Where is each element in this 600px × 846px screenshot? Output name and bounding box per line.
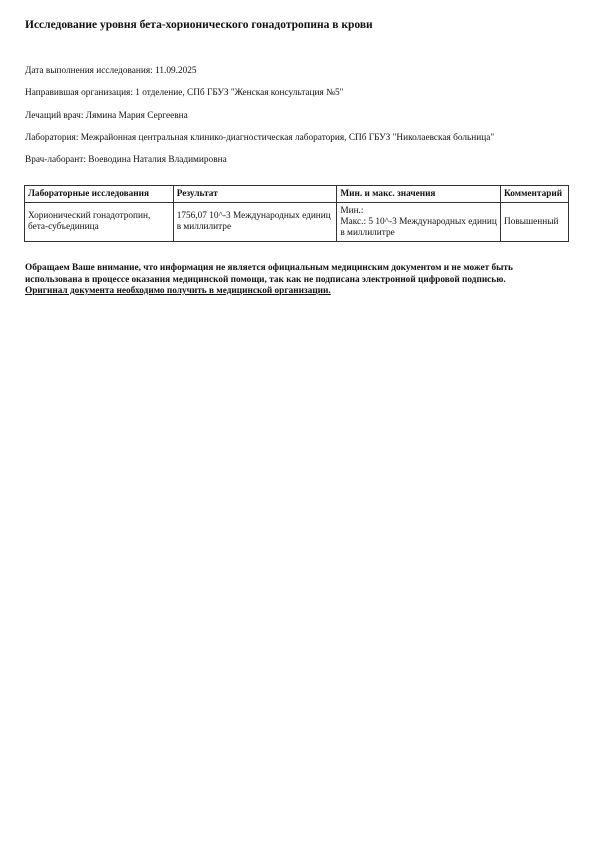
meta-lab-doctor-label: Врач-лаборант: (25, 155, 86, 165)
meta-lab-doctor-value: Воеводина Наталия Владимировна (88, 155, 226, 165)
meta-attending-doctor: Лечащий врач: Лямина Мария Сергеевна (25, 111, 188, 121)
meta-laboratory-label: Лаборатория: (25, 133, 78, 143)
header-lab-tests: Лабораторные исследования (25, 186, 174, 203)
header-min-max: Мин. и макс. значения (337, 186, 501, 203)
meta-date: Дата выполнения исследования: 11.09.2025 (25, 66, 197, 76)
meta-referring-organization-value: 1 отделение, СПб ГБУЗ "Женская консульта… (135, 88, 343, 98)
table-row: Хорионический гонадотропин, бета-субъеди… (25, 203, 569, 242)
meta-attending-doctor-label: Лечащий врач: (25, 111, 83, 121)
meta-referring-organization-label: Направившая организация: (25, 88, 133, 98)
results-table: Лабораторные исследования Результат Мин.… (24, 185, 569, 242)
document-title: Исследование уровня бета-хорионического … (25, 19, 373, 31)
meta-laboratory-value: Межрайонная центральная клинико-диагност… (81, 133, 494, 143)
meta-referring-organization: Направившая организация: 1 отделение, СП… (25, 88, 343, 98)
header-comment: Комментарий (501, 186, 569, 203)
meta-date-label: Дата выполнения исследования: (25, 66, 153, 76)
cell-result: 1756,07 10^-3 Международных единиц в мил… (173, 203, 337, 242)
header-result: Результат (173, 186, 337, 203)
disclaimer-text: Обращаем Ваше внимание, что информация н… (25, 263, 513, 285)
disclaimer-notice: Обращаем Ваше внимание, что информация н… (25, 263, 570, 298)
cell-test-name: Хорионический гонадотропин, бета-субъеди… (25, 203, 174, 242)
range-max: Макс.: 5 10^-3 Международных единиц в ми… (340, 217, 497, 239)
meta-laboratory: Лаборатория: Межрайонная центральная кли… (25, 133, 494, 143)
meta-date-value: 11.09.2025 (155, 66, 197, 76)
disclaimer-original-note: Оригинал документа необходимо получить в… (25, 286, 570, 298)
range-min: Мин.: (340, 206, 497, 217)
cell-comment: Повышенный (501, 203, 569, 242)
cell-range: Мин.: Макс.: 5 10^-3 Международных едини… (337, 203, 501, 242)
meta-lab-doctor: Врач-лаборант: Воеводина Наталия Владими… (25, 155, 227, 165)
meta-attending-doctor-value: Лямина Мария Сергеевна (86, 111, 188, 121)
table-header-row: Лабораторные исследования Результат Мин.… (25, 186, 569, 203)
